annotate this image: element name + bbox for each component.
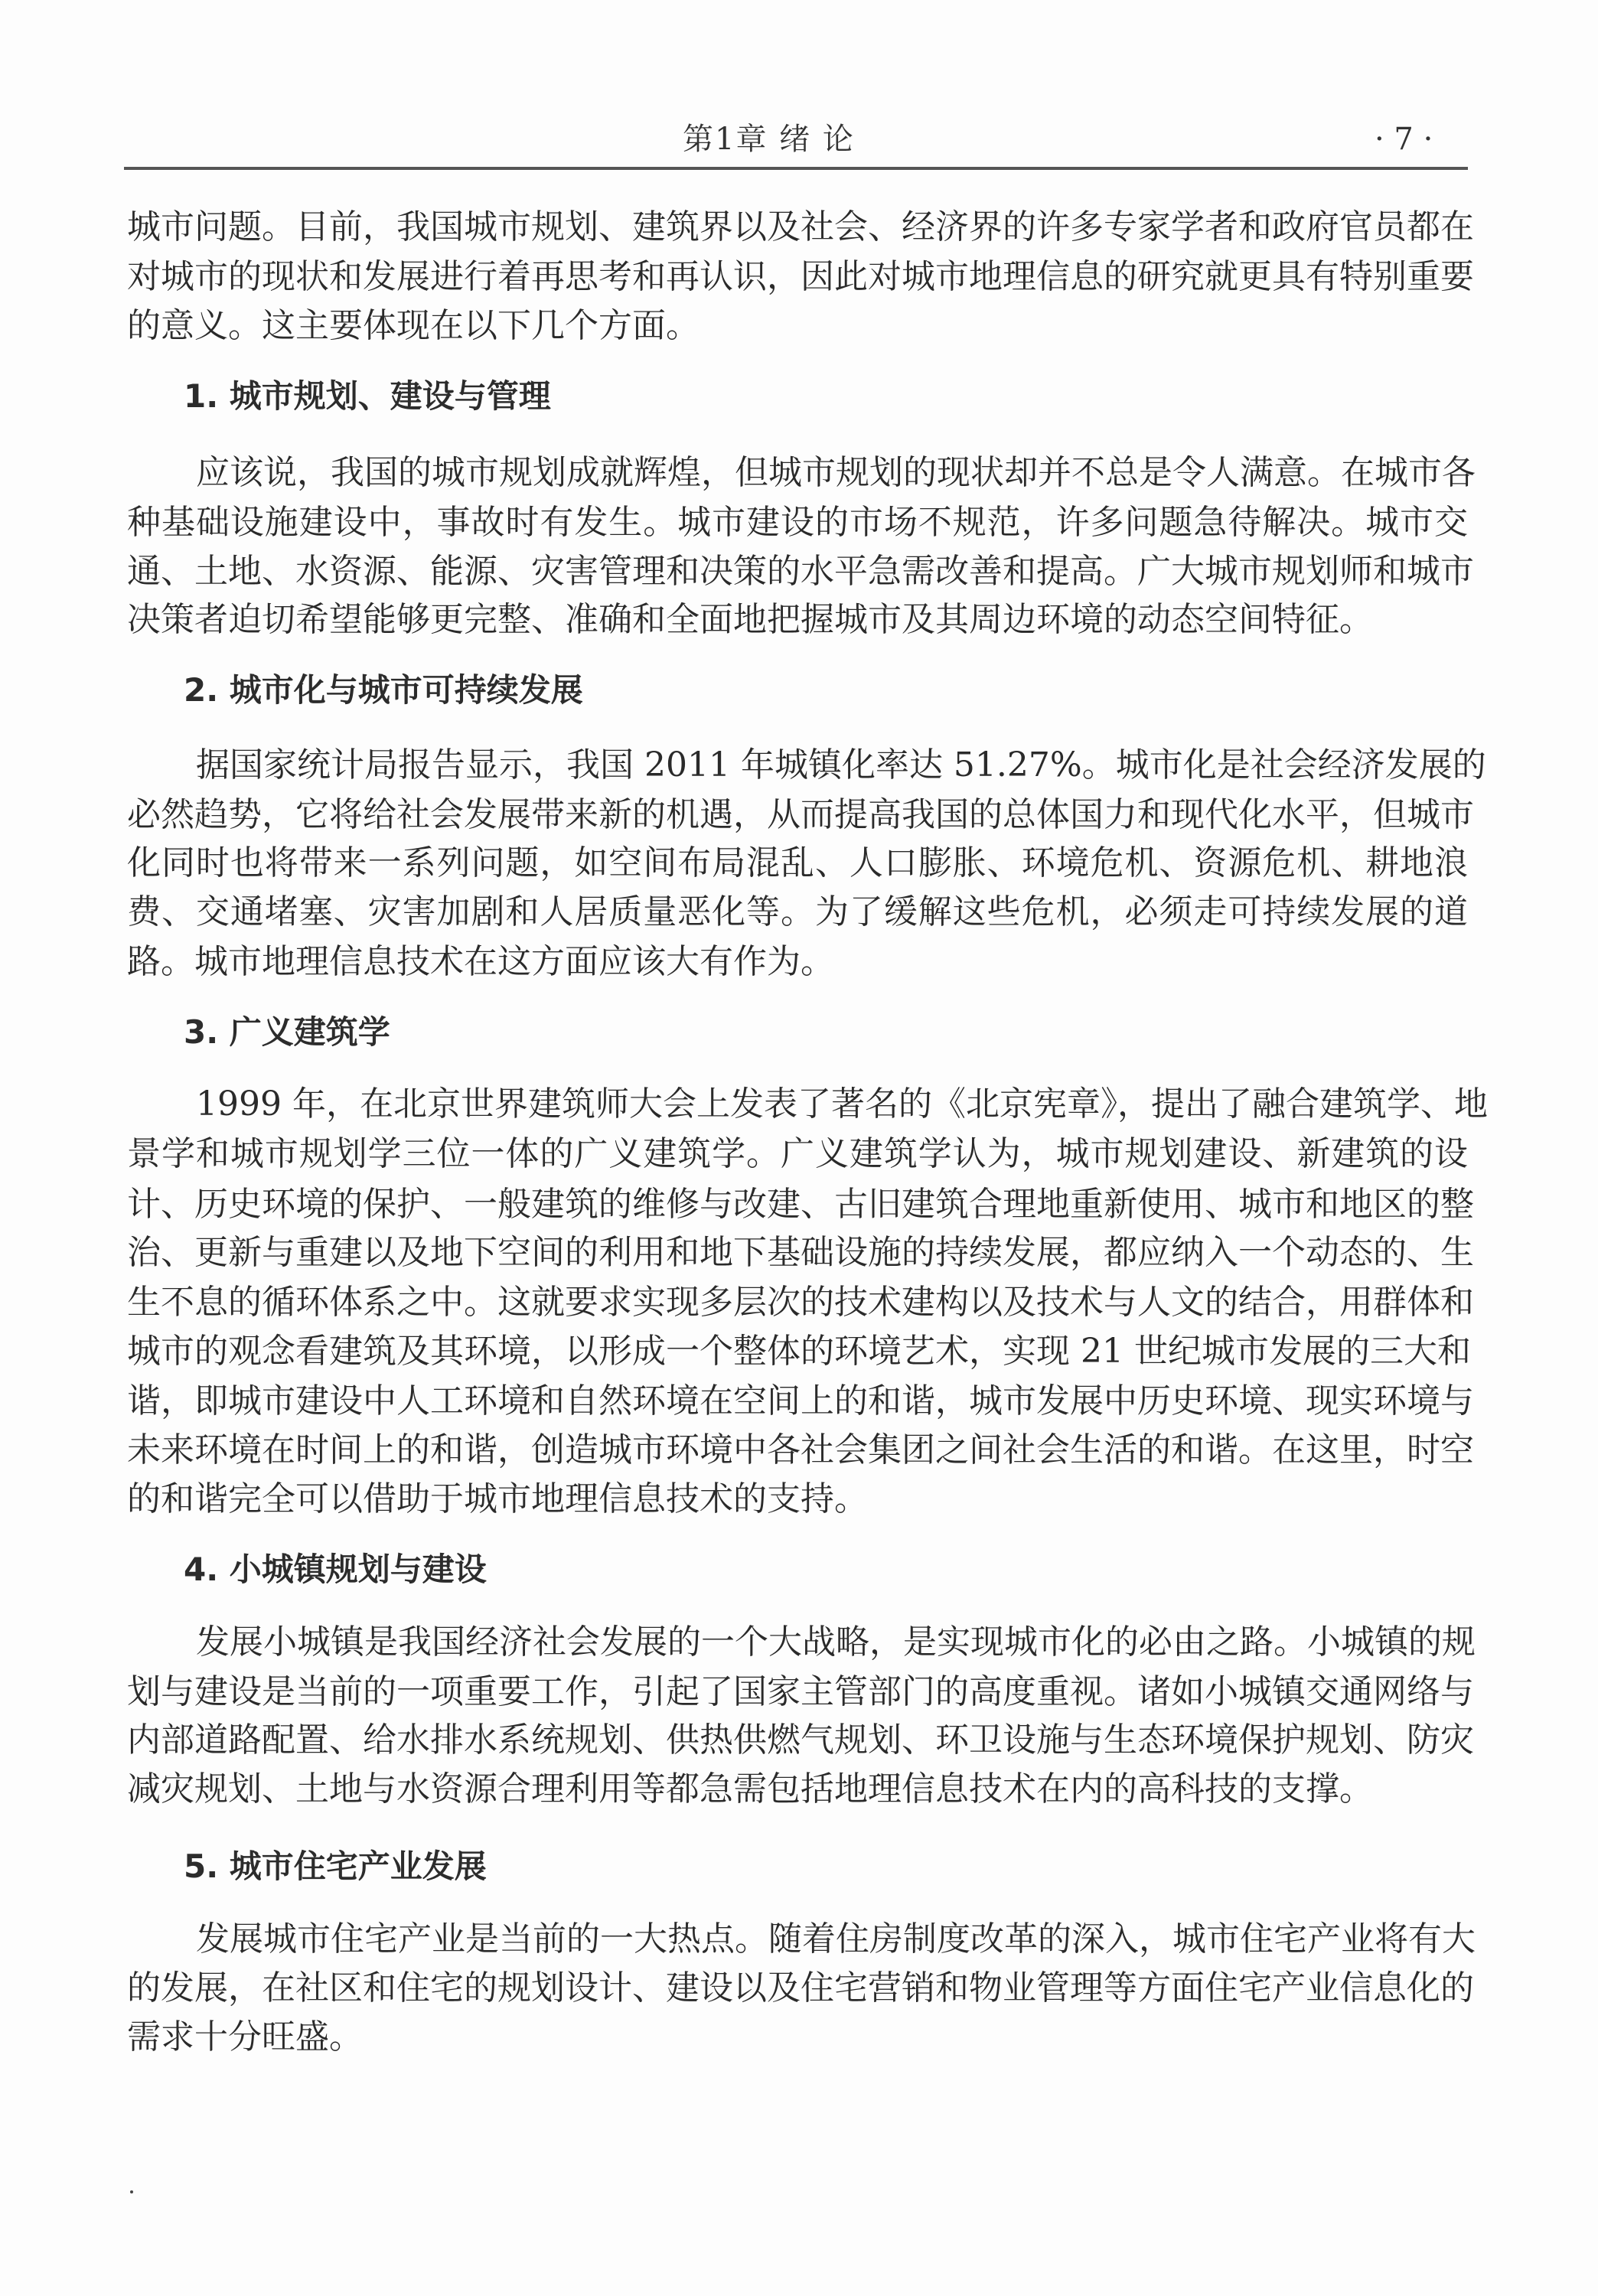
text-line: 需求十分旺盛。	[127, 2018, 1468, 2056]
section-heading: 3. 广义建筑学	[184, 1013, 390, 1052]
text-line: 路。城市地理信息技术在这方面应该大有作为。	[127, 943, 1468, 981]
text-line: 生不息的循环体系之中。这就要求实现多层次的技术建构以及技术与人文的结合，用群体和	[127, 1283, 1468, 1322]
text-line: 景学和城市规划学三位一体的广义建筑学。广义建筑学认为，城市规划建设、新建筑的设	[127, 1135, 1468, 1173]
text-line: 通、土地、水资源、能源、灾害管理和决策的水平急需改善和提高。广大城市规划师和城市	[127, 553, 1468, 591]
text-line: 的发展，在社区和住宅的规划设计、建设以及住宅营销和物业管理等方面住宅产业信息化的	[127, 1969, 1468, 2007]
text-line: 化同时也将带来一系列问题，如空间布局混乱、人口膨胀、环境危机、资源危机、耕地浪	[127, 844, 1468, 882]
header-rule	[124, 167, 1468, 170]
section-heading: 1. 城市规划、建设与管理	[184, 377, 551, 416]
text-line: 的和谐完全可以借助于城市地理信息技术的支持。	[127, 1480, 1468, 1518]
text-line: 减灾规划、土地与水资源合理利用等都急需包括地理信息技术在内的高科技的支撑。	[127, 1770, 1468, 1808]
text-line: 的意义。这主要体现在以下几个方面。	[127, 307, 1468, 345]
text-line: 发展城市住宅产业是当前的一大热点。随着住房制度改革的深入，城市住宅产业将有大	[196, 1920, 1468, 1958]
section-heading: 2. 城市化与城市可持续发展	[184, 671, 583, 709]
text-line: 城市的观念看建筑及其环境，以形成一个整体的环境艺术，实现 21 世纪城市发展的三…	[127, 1332, 1468, 1371]
text-line: 划与建设是当前的一项重要工作，引起了国家主管部门的高度重视。诸如小城镇交通网络与	[127, 1673, 1468, 1711]
text-line: 对城市的现状和发展进行着再思考和再认识，因此对城市地理信息的研究就更具有特别重要	[127, 258, 1468, 296]
text-line: 1999 年，在北京世界建筑师大会上发表了著名的《北京宪章》，提出了融合建筑学、…	[196, 1085, 1468, 1124]
text-line: 种基础设施建设中，事故时有发生。城市建设的市场不规范，许多问题急待解决。城市交	[127, 504, 1468, 542]
text-line: 应该说，我国的城市规划成就辉煌，但城市规划的现状却并不总是令人满意。在城市各	[196, 454, 1468, 492]
text-line: 决策者迫切希望能够更完整、准确和全面地把握城市及其周边环境的动态空间特征。	[127, 601, 1468, 639]
text-line: 谐，即城市建设中人工环境和自然环境在空间上的和谐，城市发展中历史环境、现实环境与	[127, 1382, 1468, 1420]
text-line: 城市问题。目前，我国城市规划、建筑界以及社会、经济界的许多专家学者和政府官员都在	[127, 208, 1468, 246]
text-line: 治、更新与重建以及地下空间的利用和地下基础设施的持续发展，都应纳入一个动态的、生	[127, 1234, 1468, 1272]
scan-speck	[130, 2190, 133, 2193]
text-line: 计、历史环境的保护、一般建筑的维修与改建、古旧建筑合理地重新使用、城市和地区的整	[127, 1186, 1468, 1224]
page-number: · 7 ·	[1375, 124, 1433, 155]
text-line: 据国家统计局报告显示，我国 2011 年城镇化率达 51.27%。城市化是社会经…	[196, 746, 1468, 784]
section-heading: 5. 城市住宅产业发展	[184, 1848, 487, 1886]
text-line: 未来环境在时间上的和谐，创造城市环境中各社会集团之间社会生活的和谐。在这里，时空	[127, 1431, 1468, 1469]
text-line: 费、交通堵塞、灾害加剧和人居质量恶化等。为了缓解这些危机，必须走可持续发展的道	[127, 893, 1468, 931]
section-heading: 4. 小城镇规划与建设	[184, 1551, 487, 1589]
text-line: 发展小城镇是我国经济社会发展的一个大战略，是实现城市化的必由之路。小城镇的规	[196, 1623, 1468, 1662]
text-line: 内部道路配置、给水排水系统规划、供热供燃气规划、环卫设施与生态环境保护规划、防灾	[127, 1721, 1468, 1760]
text-line: 必然趋势，它将给社会发展带来新的机遇，从而提高我国的总体国力和现代化水平，但城市	[127, 796, 1468, 834]
running-head: 第1章 绪 论	[683, 124, 855, 155]
